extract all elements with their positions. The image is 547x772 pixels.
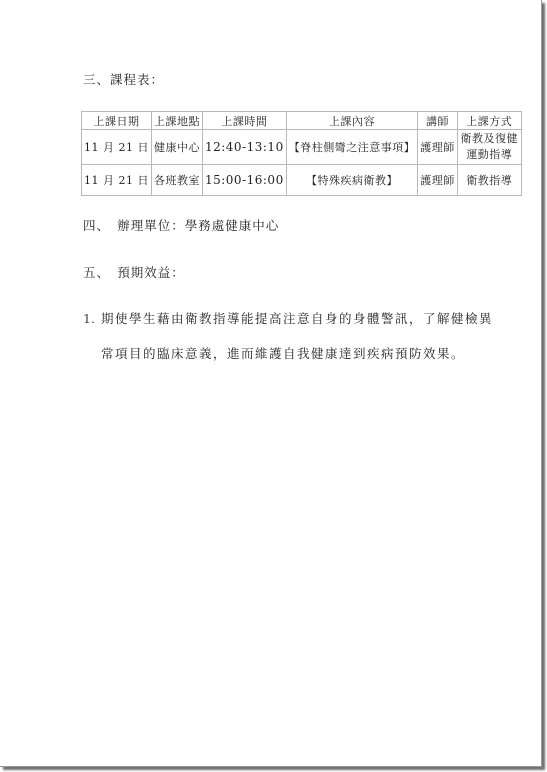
header-instructor: 講師 bbox=[418, 112, 458, 130]
header-time: 上課時間 bbox=[202, 112, 286, 130]
document-page: 三、課程表： 上課日期 上課地點 上課時間 上課內容 講師 上課方式 11 月 … bbox=[0, 0, 542, 767]
cell-method-line2: 運動指導 bbox=[460, 147, 519, 163]
benefit-item-text: 期使學生藉由衛教指導能提高注意自身的身體警訊，了解健檢異 bbox=[101, 311, 493, 326]
cell-method: 衛教指導 bbox=[457, 165, 521, 196]
header-date: 上課日期 bbox=[82, 112, 152, 130]
schedule-heading: 三、課程表： bbox=[83, 70, 164, 88]
cell-content: 【特殊疾病衛教】 bbox=[286, 165, 418, 196]
header-content: 上課內容 bbox=[286, 112, 418, 130]
benefit-item-number: 1. bbox=[83, 311, 95, 326]
cell-instructor: 護理師 bbox=[418, 130, 458, 165]
table-row: 11 月 21 日 健康中心 12:40-13:10 【脊柱側彎之注意事項】 護… bbox=[82, 130, 522, 165]
benefits-heading: 五、 預期效益： bbox=[83, 263, 185, 281]
cell-instructor: 護理師 bbox=[418, 165, 458, 196]
header-location: 上課地點 bbox=[151, 112, 202, 130]
cell-date: 11 月 21 日 bbox=[82, 130, 152, 165]
organizer-line: 四、 辦理單位：學務處健康中心 bbox=[83, 216, 279, 234]
cell-date: 11 月 21 日 bbox=[82, 165, 152, 196]
cell-content: 【脊柱側彎之注意事項】 bbox=[286, 130, 418, 165]
header-method: 上課方式 bbox=[457, 112, 521, 130]
benefit-item-line1: 1.期使學生藉由衛教指導能提高注意自身的身體警訊，了解健檢異 bbox=[83, 309, 493, 327]
schedule-table: 上課日期 上課地點 上課時間 上課內容 講師 上課方式 11 月 21 日 健康… bbox=[81, 111, 522, 196]
table-header-row: 上課日期 上課地點 上課時間 上課內容 講師 上課方式 bbox=[82, 112, 522, 130]
cell-location: 健康中心 bbox=[151, 130, 202, 165]
cell-method-line1: 衛教及復健 bbox=[460, 131, 519, 147]
cell-method: 衛教及復健 運動指導 bbox=[457, 130, 521, 165]
cell-time: 15:00-16:00 bbox=[202, 165, 286, 196]
benefit-item-line2: 常項目的臨床意義，進而維護自我健康達到疾病預防效果。 bbox=[101, 344, 465, 362]
cell-time: 12:40-13:10 bbox=[202, 130, 286, 165]
table-row: 11 月 21 日 各班教室 15:00-16:00 【特殊疾病衛教】 護理師 … bbox=[82, 165, 522, 196]
cell-location: 各班教室 bbox=[151, 165, 202, 196]
